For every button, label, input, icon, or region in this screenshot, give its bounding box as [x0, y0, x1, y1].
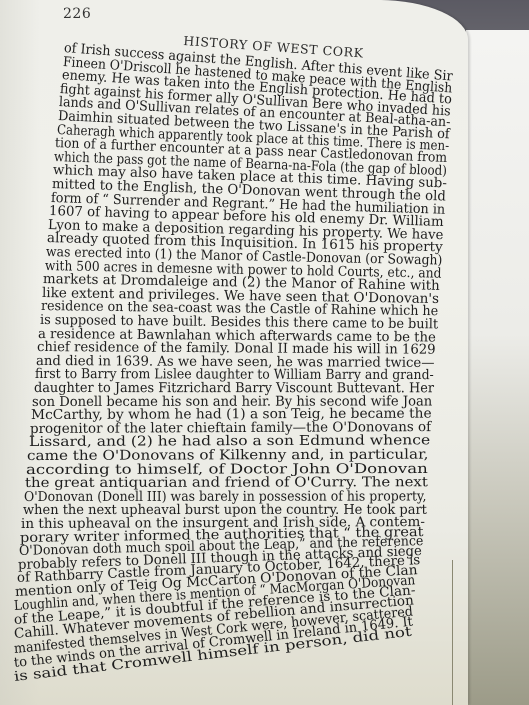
- book-page: 226 HISTORY OF WEST CORK of Irish succes…: [0, 0, 468, 705]
- page-number: 226: [63, 6, 91, 22]
- page-edge-line: [452, 560, 453, 705]
- facing-page: [466, 30, 529, 705]
